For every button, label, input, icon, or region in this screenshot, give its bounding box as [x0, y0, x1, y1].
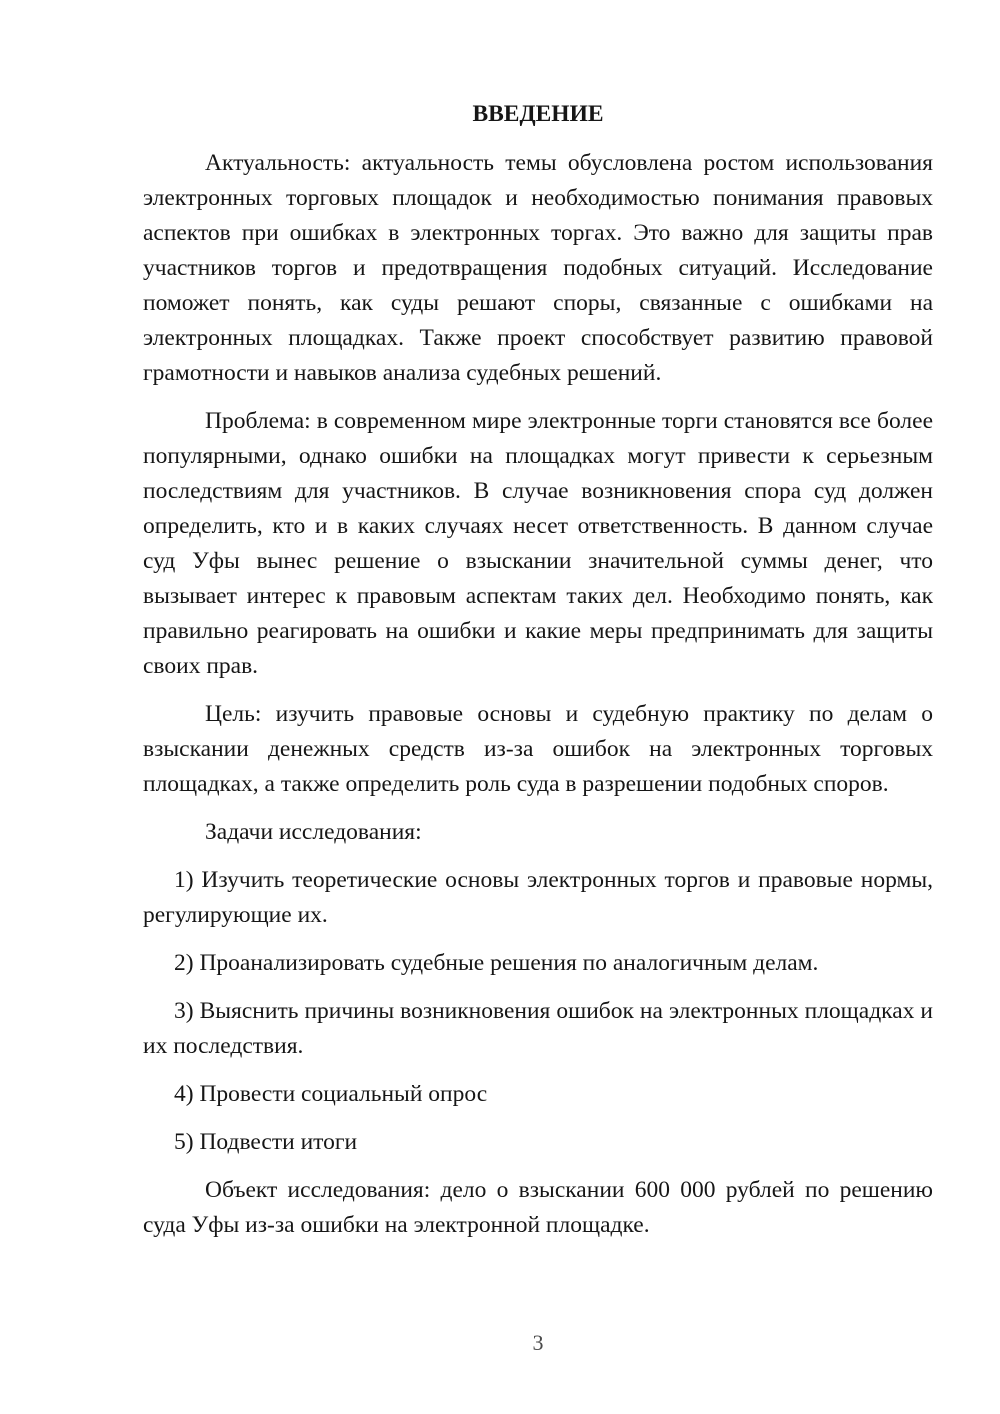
- paragraph: Цель: изучить правовые основы и судебную…: [143, 697, 933, 802]
- paragraph: Проблема: в современном мире электронные…: [143, 404, 933, 684]
- paragraph: Объект исследования: дело о взыскании 60…: [143, 1173, 933, 1243]
- document-page: ВВЕДЕНИЕ Актуальность: актуальность темы…: [0, 0, 1000, 1414]
- task-list-item: 4) Провести социальный опрос: [143, 1077, 933, 1112]
- paragraph: Актуальность: актуальность темы обусловл…: [143, 146, 933, 391]
- section-heading: ВВЕДЕНИЕ: [143, 97, 933, 132]
- page-content: ВВЕДЕНИЕ Актуальность: актуальность темы…: [143, 97, 933, 1256]
- task-list-item: 3) Выяснить причины возникновения ошибок…: [143, 994, 933, 1064]
- page-number: 3: [143, 1328, 933, 1358]
- task-list-item: 2) Проанализировать судебные решения по …: [143, 946, 933, 981]
- paragraph: Задачи исследования:: [143, 815, 933, 850]
- body-text: Актуальность: актуальность темы обусловл…: [143, 146, 933, 1243]
- task-list-item: 5) Подвести итоги: [143, 1125, 933, 1160]
- task-list-item: 1) Изучить теоретические основы электрон…: [143, 863, 933, 933]
